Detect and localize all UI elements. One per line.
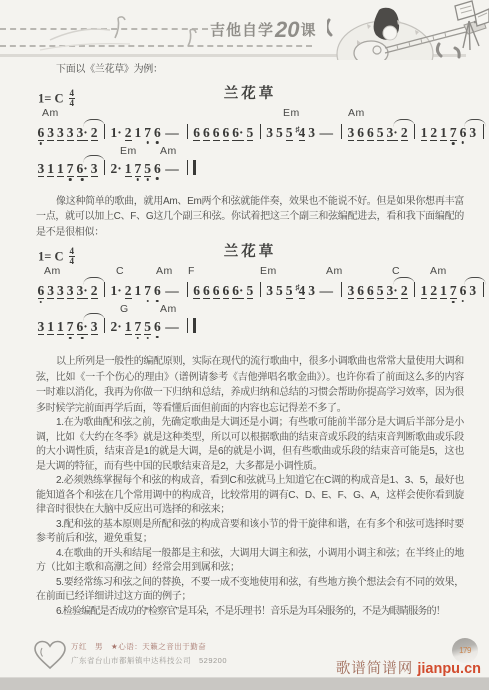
low-octave-dot <box>156 177 159 180</box>
note: 3· <box>75 125 89 141</box>
summary-paragraph: 以上所列是一般性的编配原则，实际在现代的流行歌曲中，很多小调歌曲也常常大量使用大… <box>36 354 464 416</box>
song2-header: 兰花草 1= C44 <box>36 240 464 266</box>
note: 3 <box>307 283 317 298</box>
note: 5 <box>143 161 153 177</box>
chord-label: Am <box>160 303 177 315</box>
note: 3 <box>89 319 99 335</box>
note: 6 <box>153 125 163 140</box>
heart-icon <box>33 640 67 671</box>
note: 2 <box>429 283 439 299</box>
chord-label: Em <box>283 107 300 119</box>
chord-label: Am <box>348 107 365 119</box>
song1-header: 兰花草 1= C44 <box>36 82 464 108</box>
note: 7 <box>65 161 75 177</box>
note: 7 <box>448 125 458 141</box>
list-item: 1.在为歌曲配和弦之前，先确定歌曲是大调还是小调；有些歌可能前半部分是大调后半部… <box>36 416 464 474</box>
note: 1 <box>123 319 133 335</box>
watermark-domain-link[interactable]: jianpu.cn <box>417 661 481 677</box>
low-octave-dot <box>462 141 465 144</box>
note: 7 <box>143 125 153 140</box>
note: 6 <box>221 125 231 141</box>
note: 2 <box>399 283 409 299</box>
note: 3 <box>56 283 66 299</box>
watermark: 歌谱简谱网 jianpu.cn <box>336 657 481 678</box>
held-note-dash: — <box>320 283 334 299</box>
held-note-dash: — <box>165 161 179 177</box>
end-bar-line <box>187 160 188 175</box>
note: 7 <box>448 283 458 299</box>
song1-title: 兰花草 <box>36 82 464 103</box>
watermark-site-name: 歌谱简谱网 <box>336 661 414 677</box>
note: 6 <box>192 125 202 141</box>
note: 1 <box>123 161 133 177</box>
publisher-text: 万红 男 ★心语：天籁之音出于勤奋 广东省台山市都斛镇中达科技公司 529200 <box>71 641 227 666</box>
held-note-dash: — <box>165 125 179 141</box>
note: 2 <box>89 125 99 141</box>
guitarist-illustration-icon <box>327 0 489 60</box>
book-title-text: 吉他自学 <box>210 22 274 39</box>
note: 1 <box>439 125 449 141</box>
page-number: 179 <box>459 646 471 655</box>
note: 6 <box>153 319 163 334</box>
note: 5 <box>143 319 153 335</box>
paragraph-after-song1: 像这种简单的歌曲，就用Am、Em两个和弦就能伴奏，效果也不能说不好。但是如果你想… <box>36 194 464 241</box>
note: 3 <box>56 125 66 141</box>
note: 6 <box>202 125 212 141</box>
low-octave-dot <box>156 300 159 303</box>
list-item: 4.在歌曲的开头和结尾一般都是主和弦，大调用大调主和弦，小调用小调主和弦；在半终… <box>36 547 464 576</box>
note: 6 <box>221 283 231 299</box>
note: 3 <box>46 283 56 299</box>
note: 3 <box>346 125 356 141</box>
page-header: 吉他自学20课 <box>0 0 489 60</box>
chord-label: Am <box>160 145 177 157</box>
note: 7 <box>133 319 143 335</box>
page-bottom-edge <box>0 677 489 690</box>
low-octave-dot <box>40 142 43 145</box>
low-octave-dot <box>137 178 140 181</box>
note: 6 <box>192 283 202 299</box>
note: 5 <box>275 283 285 298</box>
note: 7 <box>133 161 143 177</box>
note: 6 <box>153 161 163 176</box>
note: 5 <box>275 125 285 140</box>
measure-bar-line <box>187 282 188 297</box>
note: 5 <box>375 283 385 299</box>
low-octave-dot <box>156 336 159 339</box>
chord-label: Am <box>326 265 343 277</box>
measure-bar-line <box>187 124 188 139</box>
note: 7 <box>65 319 75 335</box>
note: 6 <box>211 283 221 299</box>
note: 6· <box>75 319 89 335</box>
note: 1· <box>109 125 123 140</box>
low-octave-dot <box>81 178 84 181</box>
song2-title: 兰花草 <box>36 240 464 261</box>
chord-label: Am <box>156 265 173 277</box>
note: 2 <box>123 283 133 299</box>
note: 6 <box>366 125 376 141</box>
low-octave-dot <box>81 337 84 340</box>
note: 6 <box>153 283 163 298</box>
note: 1 <box>56 319 66 335</box>
note: 3 <box>468 125 478 140</box>
note: 3 <box>265 283 275 298</box>
list-item: 5.要经常练习和弦之间的替换，不要一成不变地使用和弦，有些地方换个想法会有不同的… <box>36 576 464 605</box>
decorative-sketch <box>30 0 210 56</box>
time-signature: 44 <box>69 247 76 267</box>
chord-label: C <box>116 265 124 277</box>
measure-bar-line <box>260 282 261 297</box>
note: 1 <box>419 125 429 141</box>
note: 1 <box>439 283 449 299</box>
note: 6· <box>231 125 245 141</box>
artist-line: 万红 男 ★心语：天籁之音出于勤奋 <box>71 641 227 652</box>
note: 1 <box>56 161 66 177</box>
note: 6 <box>36 125 46 141</box>
list-item: 2.必须熟练掌握每个和弦的构成音，看到C和弦就马上知道它在C调的构成音是1、3、… <box>36 474 464 518</box>
song2-notation-line-1: 63333·21·2176—66666·5355♯43—36653·212176… <box>36 278 464 302</box>
note: 7 <box>143 283 153 298</box>
note: 3· <box>385 125 399 141</box>
note: 5 <box>245 125 255 141</box>
chord-label: Am <box>44 265 61 277</box>
note: 6 <box>356 283 366 299</box>
note: 6 <box>458 125 468 140</box>
song1-notation-line-2: 31176·32·1756— <box>36 158 464 182</box>
song1-notation-line-1: 63333·21·2176—66666·5355♯43—36653·212176… <box>36 120 464 144</box>
note: 3 <box>346 283 356 299</box>
book-title-number: 20 <box>275 17 299 42</box>
note: 6· <box>231 283 245 299</box>
note: 5 <box>284 125 294 141</box>
low-octave-dot <box>69 178 72 181</box>
song2-key-signature: 1= C44 <box>38 247 75 267</box>
measure-bar-line <box>341 124 342 139</box>
note: 3· <box>75 283 89 299</box>
address-line: 广东省台山市都斛镇中达科技公司 529200 <box>71 655 227 666</box>
page-content: 下面以《兰花草》为例： 兰花草 1= C44 AmEmAm 63333·21·2… <box>36 62 464 619</box>
low-octave-dot <box>40 301 43 304</box>
note: 1 <box>133 125 143 140</box>
chord-label: C <box>392 265 400 277</box>
measure-bar-line <box>260 124 261 139</box>
note: 3 <box>468 283 478 298</box>
chord-label: G <box>120 303 129 315</box>
end-bar-line <box>193 318 196 333</box>
note: ♯4 <box>294 122 307 141</box>
note: 1 <box>46 319 56 335</box>
low-octave-dot <box>146 141 149 144</box>
chord-label: Am <box>430 265 447 277</box>
publisher-stamp: 万红 男 ★心语：天籁之音出于勤奋 广东省台山市都斛镇中达科技公司 529200 <box>33 640 293 674</box>
note: 6 <box>356 125 366 141</box>
note: 3 <box>65 283 75 299</box>
note: 6· <box>75 161 89 177</box>
note: 5 <box>284 283 294 299</box>
note: 1 <box>419 283 429 299</box>
note: 2 <box>89 283 99 299</box>
time-signature: 44 <box>69 89 76 109</box>
note: 6 <box>458 283 468 298</box>
intro-text: 下面以《兰花草》为例： <box>36 62 464 78</box>
end-bar-line <box>193 160 196 175</box>
chord-label: Em <box>260 265 277 277</box>
end-bar-line <box>187 318 188 333</box>
low-octave-dot <box>137 337 140 340</box>
note: 5 <box>375 125 385 141</box>
held-note-dash: — <box>165 283 179 299</box>
note: 6 <box>211 125 221 141</box>
low-octave-dot <box>462 300 465 303</box>
chord-label: Am <box>42 107 59 119</box>
low-octave-dot <box>156 141 159 144</box>
held-note-dash: — <box>165 319 179 335</box>
song1-key-signature: 1= C44 <box>38 89 75 109</box>
note: 2· <box>109 319 123 334</box>
chord-label: F <box>188 265 195 277</box>
note: 3 <box>46 125 56 141</box>
note: 2 <box>123 125 133 141</box>
song2-notation-line-2: 31176·32·1756— <box>36 316 464 340</box>
note: 3 <box>307 125 317 140</box>
note: 6 <box>202 283 212 299</box>
book-title-suffix: 课 <box>301 22 316 39</box>
low-octave-dot <box>146 178 149 181</box>
book-title: 吉他自学20课 <box>210 17 316 43</box>
note: 6 <box>366 283 376 299</box>
note: 3· <box>385 283 399 299</box>
note: 3 <box>65 125 75 141</box>
note: 3 <box>89 161 99 177</box>
note: 1 <box>46 161 56 177</box>
note: 1 <box>133 283 143 298</box>
note: 3 <box>265 125 275 140</box>
note: ♯4 <box>294 280 307 299</box>
song1-chord-row-1: AmEmAm <box>36 108 464 120</box>
low-octave-dot <box>452 301 455 304</box>
note: 2 <box>399 125 409 141</box>
low-octave-dot <box>452 142 455 145</box>
low-octave-dot <box>146 300 149 303</box>
key-text: 1= C <box>38 249 64 263</box>
low-octave-dot <box>146 337 149 340</box>
measure-bar-line <box>341 282 342 297</box>
note: 2· <box>109 161 123 176</box>
chord-label: Em <box>120 145 137 157</box>
note: 3 <box>36 319 46 335</box>
list-item: 3.配和弦的基本原则是所配和弦的构成音要和该小节的骨干旋律和谐，在有多个和弦可选… <box>36 518 464 547</box>
note: 3 <box>36 161 46 177</box>
list-item: 6.检验编配是否成功的“检察官”是耳朵，不是乐理书！音乐是为耳朵服务的，不是为眼… <box>36 605 464 620</box>
note: 2 <box>429 125 439 141</box>
key-text: 1= C <box>38 91 64 105</box>
low-octave-dot <box>69 337 72 340</box>
held-note-dash: — <box>320 125 334 141</box>
book-page: 吉他自学20课 下面以《兰花草》为例： <box>0 0 489 690</box>
note: 1· <box>109 283 123 298</box>
note: 6 <box>36 283 46 299</box>
note: 5 <box>245 283 255 299</box>
